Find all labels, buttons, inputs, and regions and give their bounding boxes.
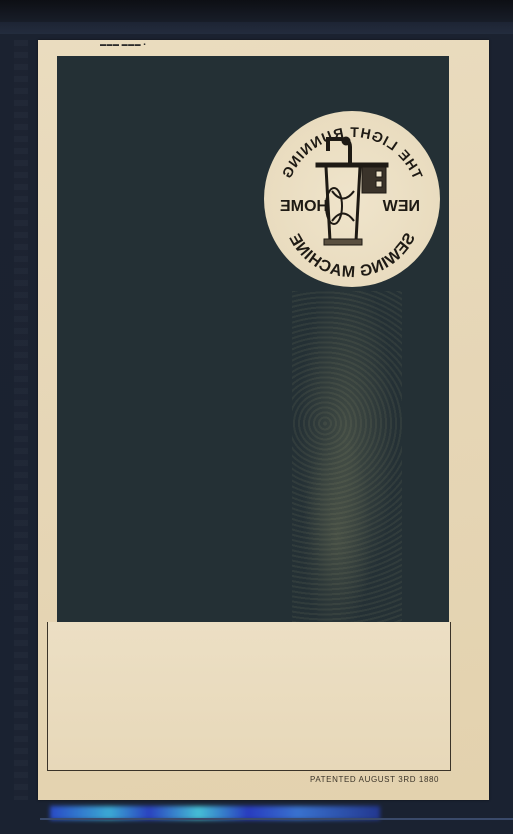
svg-text:SEWING MACHINE: SEWING MACHINE — [285, 230, 419, 281]
trade-card: ▬▬▬ ▬▬▬ ▪ THE LIGHT RUNNING SEWING MACHI… — [38, 40, 489, 800]
sewing-machine-icon — [316, 137, 388, 245]
scanner-band — [0, 22, 513, 34]
sewing-machine-badge: THE LIGHT RUNNING SEWING MACHINE NEW HOM… — [264, 111, 440, 287]
scanner-edge — [40, 818, 513, 820]
svg-text:NEW: NEW — [382, 198, 420, 215]
faint-stamp: ▬▬▬ ▬▬▬ ▪ — [100, 42, 146, 48]
dark-illustration-panel: THE LIGHT RUNNING SEWING MACHINE NEW HOM… — [57, 56, 449, 622]
svg-text:THE LIGHT RUNNING: THE LIGHT RUNNING — [278, 124, 426, 181]
tree-trunk-texture — [292, 291, 402, 622]
scanner-strip — [14, 40, 28, 800]
patent-text: PATENTED AUGUST 3RD 1880 — [310, 775, 439, 784]
svg-text:HOME: HOME — [280, 198, 328, 215]
badge-art: THE LIGHT RUNNING SEWING MACHINE NEW HOM… — [264, 111, 440, 287]
blank-message-area — [47, 622, 451, 771]
